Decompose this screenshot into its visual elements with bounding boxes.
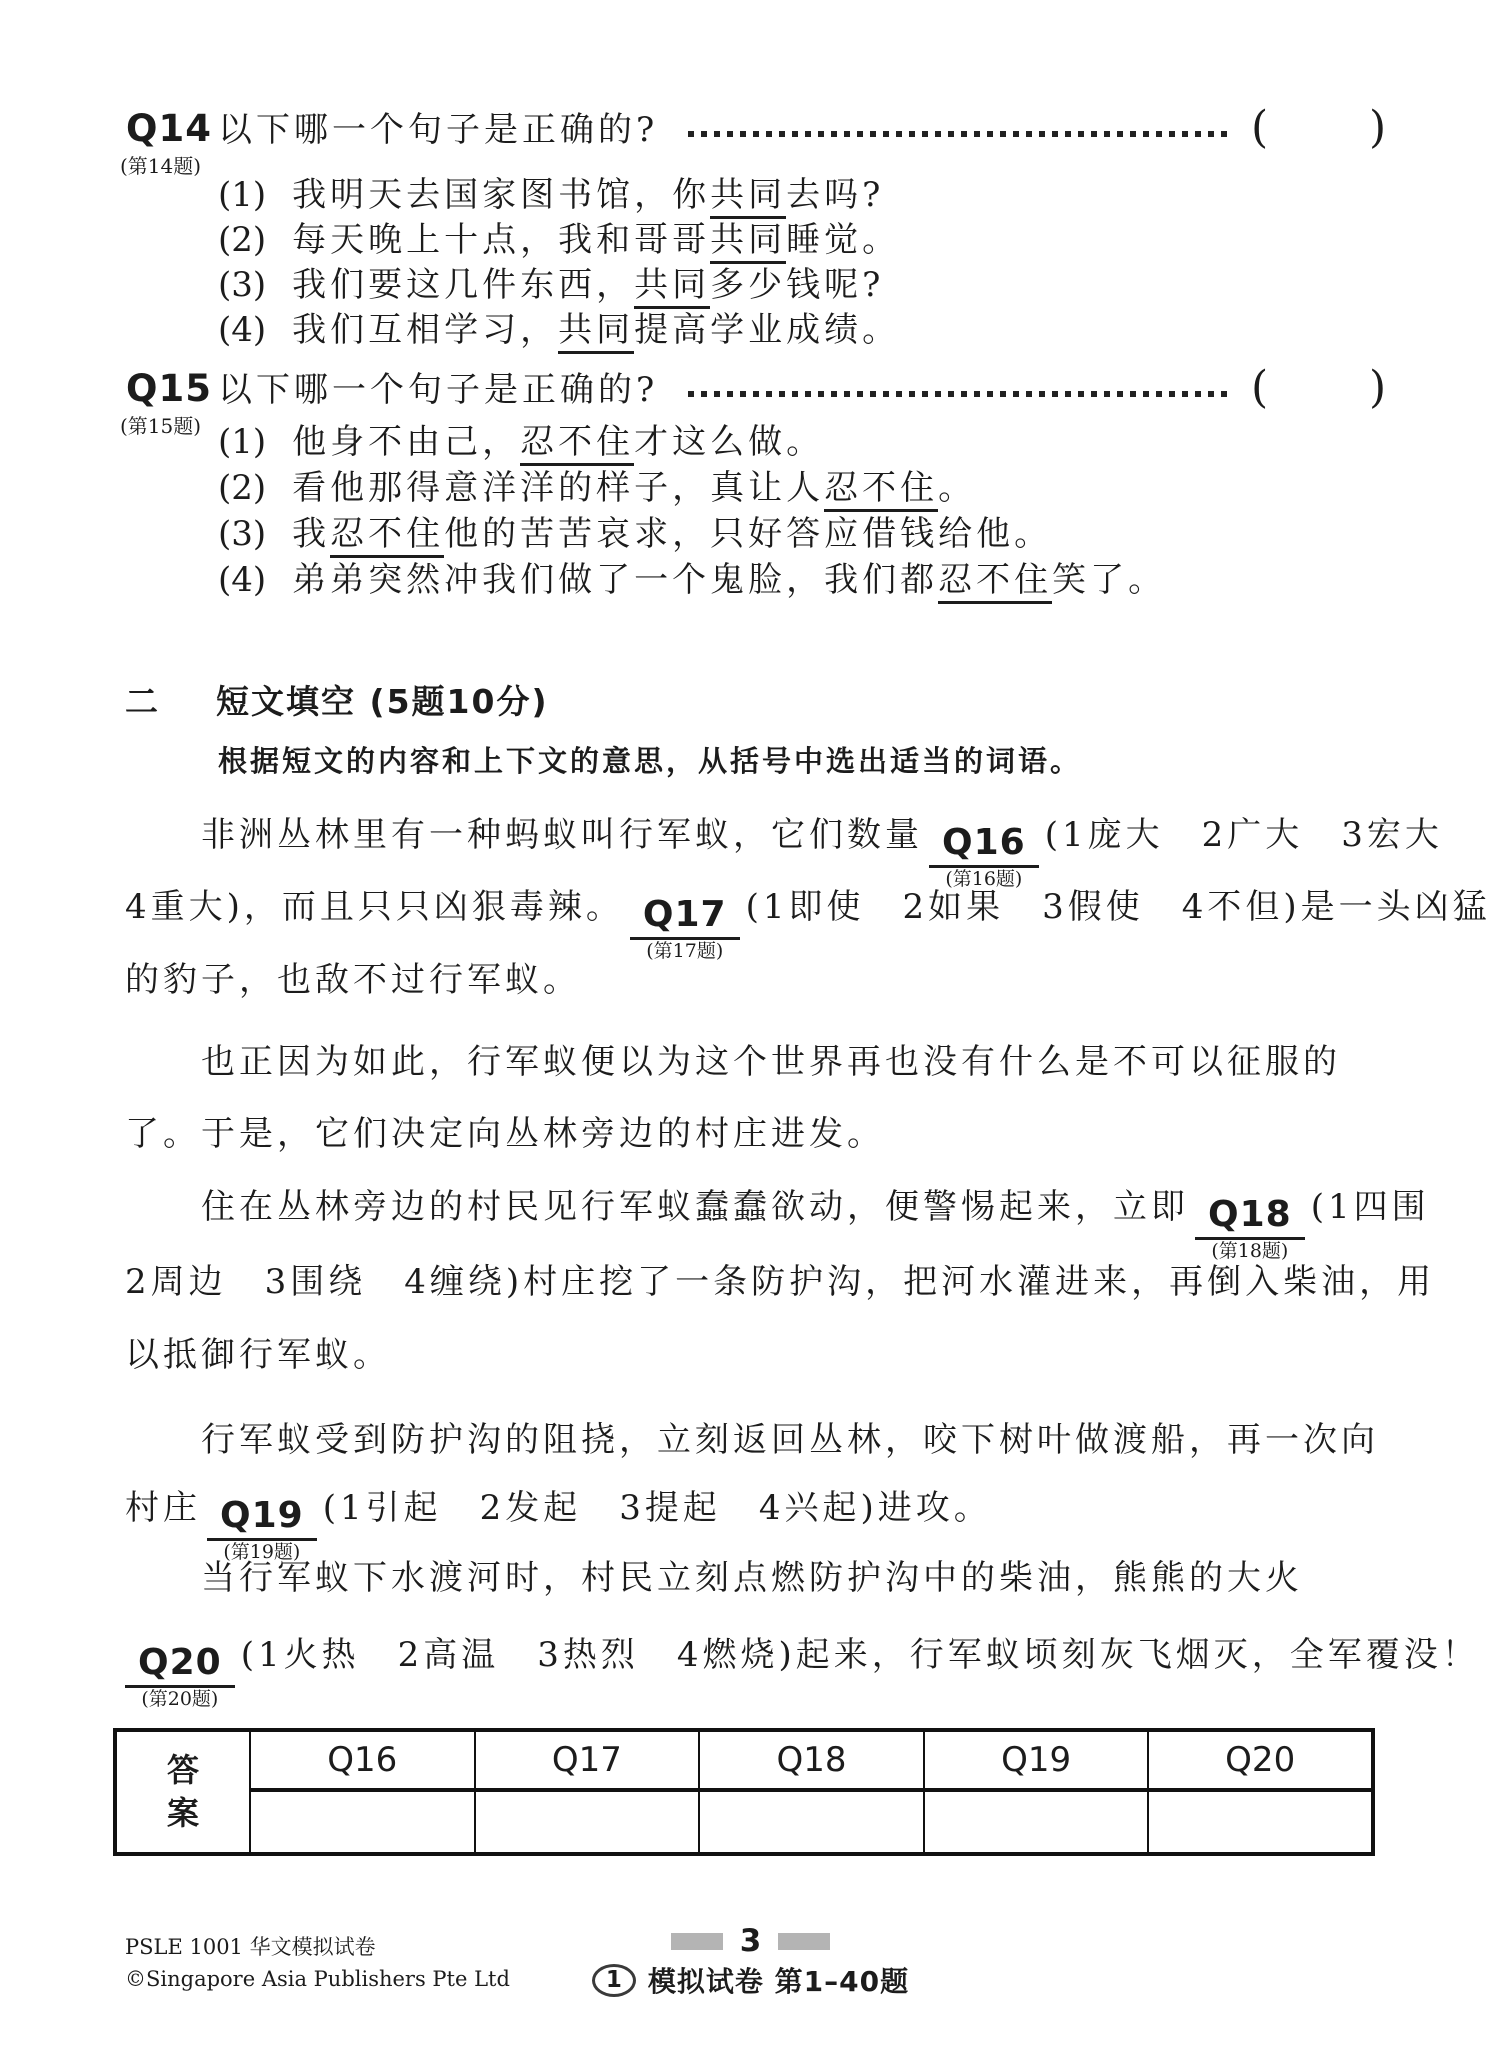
passage-text: 4重大)，而且只只凶狠毒辣。 bbox=[125, 887, 624, 927]
option-number: (2) bbox=[218, 468, 266, 508]
passage-line: 了。于是，它们决定向丛林旁边的村庄进发。 bbox=[125, 1112, 885, 1156]
option-number: (4) bbox=[218, 560, 266, 600]
answer-table-header-row: 答案 Q16 Q17 Q18 Q19 Q20 bbox=[115, 1730, 1373, 1790]
passage-line: 4重大)，而且只只凶狠毒辣。Q17(第17题)(1即使 2如果 3假使 4不但)… bbox=[125, 885, 1491, 940]
passage-line: 行军蚁受到防护沟的阻挠，立刻返回丛林，咬下树叶做渡船，再一次向 bbox=[201, 1418, 1379, 1462]
option-text: 看他那得意洋洋的样子，真让人 bbox=[292, 468, 824, 508]
q19-blank-label[interactable]: Q19(第19题) bbox=[207, 1497, 317, 1541]
footer-booklet-label: 模拟试卷 第1–40题 bbox=[648, 1960, 909, 2000]
q17-subnumber: (第17题) bbox=[646, 942, 723, 962]
passage-line: 住在丛林旁边的村民见行军蚁蠢蠢欲动，便警惕起来，立即Q18(第18题)(1四围 bbox=[201, 1185, 1430, 1240]
option-text: 他的苦苦哀求，只好答应借钱给他。 bbox=[444, 514, 1052, 554]
option-text: 。 bbox=[938, 468, 976, 508]
option-keyword-underlined: 忍不住 bbox=[520, 422, 634, 466]
q18-label: Q18 bbox=[1208, 1194, 1292, 1235]
passage-line: 2周边 3围绕 4缠绕)村庄挖了一条防护沟，把河水灌进来，再倒入柴油，用 bbox=[125, 1260, 1435, 1304]
q15-option-2: (2)看他那得意洋洋的样子，真让人忍不住。 bbox=[218, 468, 976, 508]
option-text: 笑了。 bbox=[1052, 560, 1166, 600]
answer-col-header-q17: Q17 bbox=[475, 1730, 700, 1790]
passage-line: 以抵御行军蚁。 bbox=[125, 1333, 391, 1377]
option-keyword-underlined: 忍不住 bbox=[330, 514, 444, 558]
option-number: (1) bbox=[218, 175, 266, 215]
passage-line: 村庄Q19(第19题)(1引起 2发起 3提起 4兴起)进攻。 bbox=[125, 1486, 992, 1541]
passage-text: (1四围 bbox=[1311, 1187, 1430, 1227]
option-text: 我明天去国家图书馆，你 bbox=[292, 175, 710, 215]
answer-table: 答案 Q16 Q17 Q18 Q19 Q20 bbox=[113, 1728, 1375, 1856]
circled-number-icon: 1 bbox=[592, 1964, 636, 1997]
option-text: 多少钱呢? bbox=[710, 265, 884, 305]
answer-table-blank-row bbox=[115, 1790, 1373, 1854]
q14-option-4: (4)我们互相学习，共同提高学业成绩。 bbox=[218, 310, 900, 350]
page-number-left-bar bbox=[671, 1933, 723, 1950]
section2-instruction: 根据短文的内容和上下文的意思，从括号中选出适当的词语。 bbox=[218, 739, 1082, 780]
q15-option-1: (1)他身不由己，忍不住才这么做。 bbox=[218, 422, 824, 462]
option-text: 他身不由己， bbox=[292, 422, 520, 462]
passage-line: Q20(第20题)(1火热 2高温 3热烈 4燃烧)起来，行军蚁顷刻灰飞烟灭，全… bbox=[125, 1633, 1480, 1688]
q20-label: Q20 bbox=[138, 1642, 222, 1683]
passage-text: (1引起 2发起 3提起 4兴起)进攻。 bbox=[323, 1488, 992, 1528]
q16-blank-label[interactable]: Q16(第16题) bbox=[929, 824, 1039, 868]
option-keyword-underlined: 共同 bbox=[634, 265, 710, 309]
answer-paren-open[interactable]: ( bbox=[1251, 364, 1268, 412]
option-text: 每天晚上十点，我和哥哥 bbox=[292, 220, 710, 260]
q14-subnumber: (第14题) bbox=[120, 150, 201, 179]
passage-text: 住在丛林旁边的村民见行军蚁蠢蠢欲动，便警惕起来，立即 bbox=[201, 1187, 1189, 1227]
option-number: (2) bbox=[218, 220, 266, 260]
q19-label: Q19 bbox=[220, 1495, 304, 1536]
option-text: 我 bbox=[292, 514, 330, 554]
footer-booklet-indicator: 1 模拟试卷 第1–40题 bbox=[0, 1960, 1501, 2000]
answer-paren-close[interactable]: ) bbox=[1369, 104, 1386, 152]
page-number: 3 bbox=[740, 1926, 762, 1957]
option-keyword-underlined: 忍不住 bbox=[938, 560, 1052, 604]
answer-cell-q20[interactable] bbox=[1148, 1790, 1373, 1854]
answer-table-row-label: 答案 bbox=[115, 1730, 250, 1854]
q14-option-3: (3)我们要这几件东西，共同多少钱呢? bbox=[218, 265, 884, 305]
passage-text: (1即使 2如果 3假使 4不但)是一头凶猛 bbox=[746, 887, 1491, 927]
answer-paren-open[interactable]: ( bbox=[1251, 104, 1268, 152]
passage-line: 当行军蚁下水渡河时，村民立刻点燃防护沟中的柴油，熊熊的大火 bbox=[201, 1556, 1303, 1600]
q18-blank-label[interactable]: Q18(第18题) bbox=[1195, 1196, 1305, 1240]
answer-paren-close[interactable]: ) bbox=[1369, 364, 1386, 412]
answer-cell-q19[interactable] bbox=[924, 1790, 1149, 1854]
q17-blank-label[interactable]: Q17(第17题) bbox=[630, 896, 740, 940]
q20-subnumber: (第20题) bbox=[141, 1690, 218, 1710]
passage-text: (1庞大 2广大 3宏大 bbox=[1045, 815, 1443, 855]
exam-page: Q14 (第14题) 以下哪一个句子是正确的? ( ) (1)我明天去国家图书馆… bbox=[0, 0, 1501, 2050]
q20-blank-label[interactable]: Q20(第20题) bbox=[125, 1644, 235, 1688]
section-title: 短文填空 (5题10分) bbox=[216, 682, 549, 721]
q14-option-1: (1)我明天去国家图书馆，你共同去吗? bbox=[218, 175, 884, 215]
option-text: 我们互相学习， bbox=[292, 310, 558, 350]
passage-line: 非洲丛林里有一种蚂蚁叫行军蚁，它们数量Q16(第16题)(1庞大 2广大 3宏大 bbox=[201, 813, 1443, 868]
answer-cell-q16[interactable] bbox=[250, 1790, 475, 1854]
option-keyword-underlined: 共同 bbox=[558, 310, 634, 354]
option-text: 去吗? bbox=[786, 175, 884, 215]
option-text: 才这么做。 bbox=[634, 422, 824, 462]
dotted-leader bbox=[688, 131, 1233, 137]
q15-question-text: 以下哪一个句子是正确的? bbox=[218, 370, 658, 410]
answer-col-header-q16: Q16 bbox=[250, 1730, 475, 1790]
q16-label: Q16 bbox=[942, 822, 1026, 863]
passage-line: 的豹子，也敌不过行军蚁。 bbox=[125, 958, 581, 1002]
q15-option-4: (4)弟弟突然冲我们做了一个鬼脸，我们都忍不住笑了。 bbox=[218, 560, 1166, 600]
answer-col-header-q20: Q20 bbox=[1148, 1730, 1373, 1790]
q14-number: Q14 bbox=[126, 110, 212, 147]
answer-cell-q18[interactable] bbox=[699, 1790, 924, 1854]
section-number: 二 bbox=[125, 682, 160, 721]
passage-text: 非洲丛林里有一种蚂蚁叫行军蚁，它们数量 bbox=[201, 815, 923, 855]
option-text: 睡觉。 bbox=[786, 220, 900, 260]
q15-number: Q15 bbox=[126, 370, 212, 407]
answer-col-header-q18: Q18 bbox=[699, 1730, 924, 1790]
option-text: 我们要这几件东西， bbox=[292, 265, 634, 305]
option-number: (4) bbox=[218, 310, 266, 350]
option-number: (1) bbox=[218, 422, 266, 462]
q14-question-text: 以下哪一个句子是正确的? bbox=[218, 110, 658, 150]
option-text: 弟弟突然冲我们做了一个鬼脸，我们都 bbox=[292, 560, 938, 600]
passage-text: 村庄 bbox=[125, 1488, 201, 1528]
answer-cell-q17[interactable] bbox=[475, 1790, 700, 1854]
q18-subnumber: (第18题) bbox=[1211, 1242, 1288, 1262]
option-keyword-underlined: 共同 bbox=[710, 220, 786, 264]
answer-col-header-q19: Q19 bbox=[924, 1730, 1149, 1790]
passage-text: (1火热 2高温 3热烈 4燃烧)起来，行军蚁顷刻灰飞烟灭，全军覆没！ bbox=[241, 1635, 1480, 1675]
footer-page-indicator: 3 bbox=[0, 1926, 1501, 1957]
page-number-right-bar bbox=[778, 1933, 830, 1950]
section2-heading: 二短文填空 (5题10分) bbox=[125, 676, 549, 723]
q15-option-3: (3)我忍不住他的苦苦哀求，只好答应借钱给他。 bbox=[218, 514, 1052, 554]
option-number: (3) bbox=[218, 514, 266, 554]
passage-line: 也正因为如此，行军蚁便以为这个世界再也没有什么是不可以征服的 bbox=[201, 1040, 1341, 1084]
option-text: 提高学业成绩。 bbox=[634, 310, 900, 350]
dotted-leader bbox=[688, 391, 1233, 397]
q17-label: Q17 bbox=[643, 894, 727, 935]
option-keyword-underlined: 忍不住 bbox=[824, 468, 938, 512]
q14-option-2: (2)每天晚上十点，我和哥哥共同睡觉。 bbox=[218, 220, 900, 260]
option-number: (3) bbox=[218, 265, 266, 305]
option-keyword-underlined: 共同 bbox=[710, 175, 786, 219]
q15-subnumber: (第15题) bbox=[120, 410, 201, 439]
